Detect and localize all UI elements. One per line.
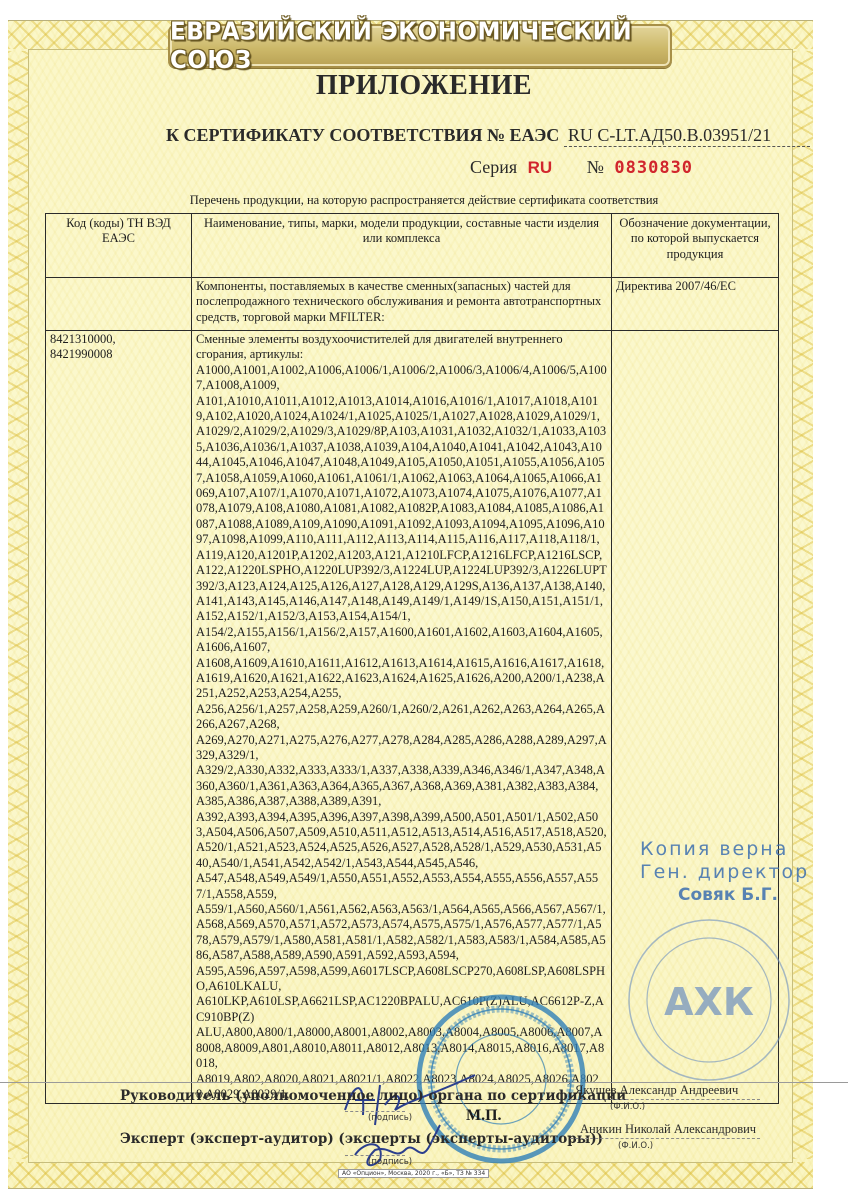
article-line: A595,A596,A597,A598,A599,A6017LSCP,A608L… [196, 964, 607, 995]
signature-caption: (подпись) [368, 1113, 412, 1123]
page-title: ПРИЛОЖЕНИЕ [0, 70, 848, 102]
eaeu-banner: ЕВРАЗИЙСКИЙ ЭКОНОМИЧЕСКИЙ СОЮЗ [168, 24, 672, 68]
header-documentation: Обозначение документации, по которой вып… [612, 214, 779, 278]
copy-certified-stamp: Копия верна Ген. директор Совяк Б.Г. [640, 838, 809, 907]
certificate-reference: К СЕРТИФИКАТУ СООТВЕТСТВИЯ № ЕАЭС RU C-L… [166, 125, 810, 147]
guilloche-border-right [793, 51, 813, 1159]
head-name: Якушев Александр Андреевич [575, 1083, 738, 1098]
product-description: Сменные элементы воздухоочистителей для … [196, 332, 607, 363]
certificate-prefix: К СЕРТИФИКАТУ СООТВЕТСТВИЯ № ЕАЭС [166, 125, 559, 145]
series-line: Серия RU № 0830830 [470, 157, 693, 178]
article-line: ALU,A800,A800/1,A8000,A8001,A8002,A8003,… [196, 1025, 607, 1071]
cell-hs-code: 8421310000, 8421990008 [46, 331, 192, 1104]
article-line: A101,A1010,A1011,A1012,A1013,A1014,A1016… [196, 394, 607, 625]
products-table: Код (коды) ТН ВЭД ЕАЭС Наименование, тип… [45, 213, 779, 1104]
article-line: A547,A548,A549,A549/1,A550,A551,A552,A55… [196, 871, 607, 902]
banner-text: ЕВРАЗИЙСКИЙ ЭКОНОМИЧЕСКИЙ СОЮЗ [170, 17, 670, 74]
article-list: A1000,A1001,A1002,A1006,A1006/1,A1006/2,… [196, 363, 607, 1103]
printer-imprint: АО «Опцион», Москва, 2020 г., «Б», ТЗ № … [338, 1169, 489, 1178]
number-label: № [587, 157, 604, 177]
name-line [570, 1099, 760, 1100]
article-line: A559/1,A560,A560/1,A561,A562,A563,A563/1… [196, 902, 607, 964]
name-line [570, 1138, 760, 1139]
cell-product-name: Компоненты, поставляемых в качестве смен… [192, 278, 612, 331]
header-product-name: Наименование, типы, марки, модели продук… [192, 214, 612, 278]
cell-documentation [612, 331, 779, 1104]
article-line: A610LKP,A610LSP,A6621LSP,AC1220BPALU,AC6… [196, 994, 607, 1025]
article-line: A1608,A1609,A1610,A1611,A1612,A1613,A161… [196, 656, 607, 702]
header-hs-code: Код (коды) ТН ВЭД ЕАЭС [46, 214, 192, 278]
fio-caption: (Ф.И.О.) [610, 1102, 645, 1112]
article-line: A1000,A1001,A1002,A1006,A1006/1,A1006/2,… [196, 363, 607, 394]
copy-stamp-name: Совяк Б.Г. [678, 884, 809, 907]
seal-place-label: М.П. [466, 1107, 502, 1125]
cell-documentation: Директива 2007/46/EC [612, 278, 779, 331]
blank-number: 0830830 [614, 158, 693, 178]
table-row: Компоненты, поставляемых в качестве смен… [46, 278, 779, 331]
series-value: RU [528, 158, 553, 177]
expert-name: Аникин Николай Александрович [580, 1122, 756, 1137]
cell-product-name: Сменные элементы воздухоочистителей для … [192, 331, 612, 1104]
copy-stamp-line2: Ген. директор [640, 861, 809, 884]
fio-caption: (Ф.И.О.) [618, 1141, 653, 1151]
article-line: A269,A270,A271,A275,A276,A277,A278,A284,… [196, 733, 607, 764]
copy-stamp-line1: Копия верна [640, 838, 809, 861]
article-line: A256,A256/1,A257,A258,A259,A260/1,A260/2… [196, 702, 607, 733]
table-row: 8421310000, 8421990008 Сменные элементы … [46, 331, 779, 1104]
signature-line [345, 1111, 405, 1112]
list-caption: Перечень продукции, на которую распростр… [0, 193, 848, 208]
article-line: A154/2,A155,A156/1,A156/2,A157,A1600,A16… [196, 625, 607, 656]
signature-line [345, 1155, 405, 1156]
head-signature-label: Руководитель (уполномоченное лицо) орган… [120, 1087, 626, 1106]
article-line: A392,A393,A394,A395,A396,A397,A398,A399,… [196, 810, 607, 872]
series-label: Серия [470, 157, 517, 177]
expert-signature-label: Эксперт (эксперт-аудитор) (эксперты (экс… [120, 1130, 603, 1149]
article-line: A329/2,A330,A332,A333,A333/1,A337,A338,A… [196, 763, 607, 809]
cell-hs-code [46, 278, 192, 331]
table-header-row: Код (коды) ТН ВЭД ЕАЭС Наименование, тип… [46, 214, 779, 278]
signature-caption: (подпись) [368, 1157, 412, 1167]
certificate-number: RU C-LT.АД50.В.03951/21 [564, 125, 810, 147]
guilloche-border-left [8, 51, 28, 1159]
